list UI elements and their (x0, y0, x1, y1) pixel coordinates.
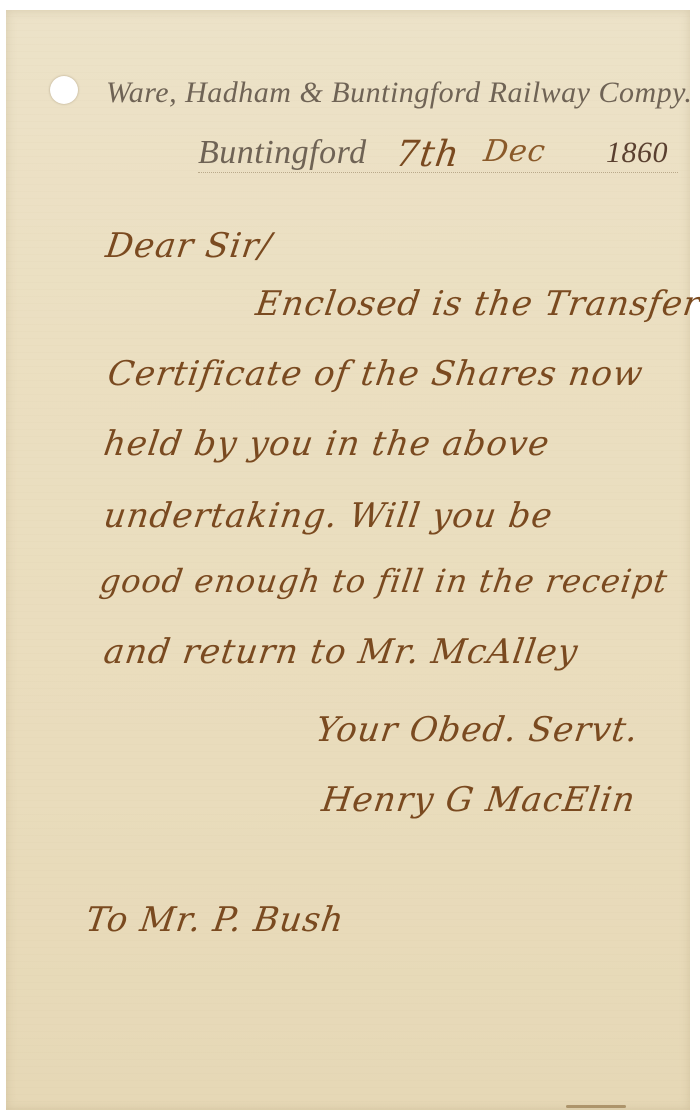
letter-date-year: 1860 (606, 136, 668, 170)
punch-hole (50, 76, 78, 104)
body-line-1: Enclosed is the Transfer (253, 284, 700, 324)
body-line-3: held by you in the above (101, 424, 552, 464)
closing: Your Obed. Servt. (313, 710, 641, 750)
addressee: To Mr. P. Bush (83, 900, 347, 940)
letterhead-place: Buntingford (198, 134, 367, 172)
body-line-2: Certificate of the Shares now (105, 354, 646, 394)
paper-stain (566, 1105, 626, 1108)
letter-date-month: Dec (482, 134, 549, 169)
letter-date-day: 7th (393, 134, 462, 175)
letter-paper: Ware, Hadham & Buntingford Railway Compy… (6, 10, 690, 1110)
salutation: Dear Sir/ (103, 226, 274, 266)
letterhead-company: Ware, Hadham & Buntingford Railway Compy… (106, 76, 692, 110)
body-line-6: and return to Mr. McAlley (101, 632, 581, 672)
signature: Henry G MacElin (319, 780, 638, 820)
body-line-5: good enough to fill in the receipt (97, 562, 670, 600)
body-line-4: undertaking. Will you be (101, 496, 555, 536)
